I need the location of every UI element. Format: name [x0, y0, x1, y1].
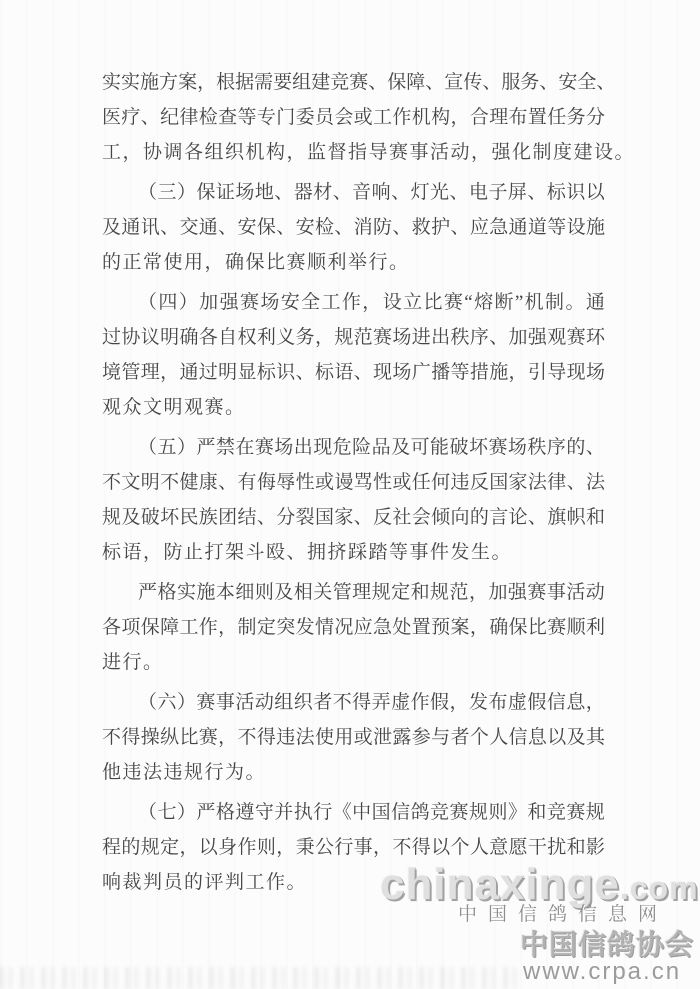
text-line: 观众文明观赛。: [102, 390, 605, 425]
paragraph: （四）加强赛场安全工作，设立比赛“熔断”机制。通过协议明确各自权利义务，规范赛场…: [102, 285, 605, 425]
text-line: （七）严格遵守并执行《中国信鸽竞赛规则》和竞赛规: [102, 795, 605, 830]
text-line: 严格实施本细则及相关管理规定和规范，加强赛事活动: [102, 575, 605, 610]
paragraph: （五）严禁在赛场出现危险品及可能破坏赛场秩序的、不文明不健康、有侮辱性或谩骂性或…: [102, 430, 605, 570]
watermark-brand-tld: .com: [620, 870, 699, 906]
text-line: 规及破坏民族团结、分裂国家、反社会倾向的言论、旗帜和: [102, 500, 605, 535]
watermark-brand-text: chinaxinge: [380, 860, 620, 909]
text-line: 工，协调各组织机构，监督指导赛事活动，强化制度建设。: [102, 135, 605, 170]
text-line: 过协议明确各自权利义务，规范赛场进出秩序、加强观赛环: [102, 320, 605, 355]
text-line: 医疗、纪律检查等专门委员会或工作机构，合理布置任务分: [102, 100, 605, 135]
text-line: 及通讯、交通、安保、安检、消防、救护、应急通道等设施: [102, 210, 605, 245]
text-line: 他违法违规行为。: [102, 755, 605, 790]
text-line: 的正常使用，确保比赛顺利举行。: [102, 245, 605, 280]
text-line: （六）赛事活动组织者不得弄虚作假，发布虚假信息，: [102, 685, 605, 720]
paragraph: （六）赛事活动组织者不得弄虚作假，发布虚假信息，不得操纵比赛，不得违法使用或泄露…: [102, 685, 605, 790]
scan-artifact-strip: [0, 967, 520, 989]
document-page: 实实施方案，根据需要组建竞赛、保障、宣传、服务、安全、医疗、纪律检查等专门委员会…: [0, 0, 700, 989]
text-line: 实实施方案，根据需要组建竞赛、保障、宣传、服务、安全、: [102, 65, 605, 100]
text-line: 标语，防止打架斗殴、拥挤踩踏等事件发生。: [102, 535, 605, 570]
text-line: 不得操纵比赛，不得违法使用或泄露参与者个人信息以及其: [102, 720, 605, 755]
text-line: 境管理，通过明显标识、标语、现场广播等措施，引导现场: [102, 355, 605, 390]
text-line: 不文明不健康、有侮辱性或谩骂性或任何违反国家法律、法: [102, 465, 605, 500]
text-line: （五）严禁在赛场出现危险品及可能破坏赛场秩序的、: [102, 430, 605, 465]
paragraph: 严格实施本细则及相关管理规定和规范，加强赛事活动各项保障工作，制定突发情况应急处…: [102, 575, 605, 680]
text-line: 各项保障工作，制定突发情况应急处置预案，确保比赛顺利: [102, 610, 605, 645]
document-body: 实实施方案，根据需要组建竞赛、保障、宣传、服务、安全、医疗、纪律检查等专门委员会…: [102, 65, 605, 900]
paragraph: 实实施方案，根据需要组建竞赛、保障、宣传、服务、安全、医疗、纪律检查等专门委员会…: [102, 65, 605, 170]
watermark-association-url: www.crpa.cn: [523, 959, 681, 985]
text-line: （三）保证场地、器材、音响、灯光、电子屏、标识以: [102, 175, 605, 210]
text-line: （四）加强赛场安全工作，设立比赛“熔断”机制。通: [102, 285, 605, 320]
watermark-site-name: 中国信鸽信息网: [458, 903, 668, 927]
watermark-association-logo: 中国信鸽协会: [520, 930, 694, 960]
paragraph: （三）保证场地、器材、音响、灯光、电子屏、标识以及通讯、交通、安保、安检、消防、…: [102, 175, 605, 280]
text-line: 进行。: [102, 645, 605, 680]
